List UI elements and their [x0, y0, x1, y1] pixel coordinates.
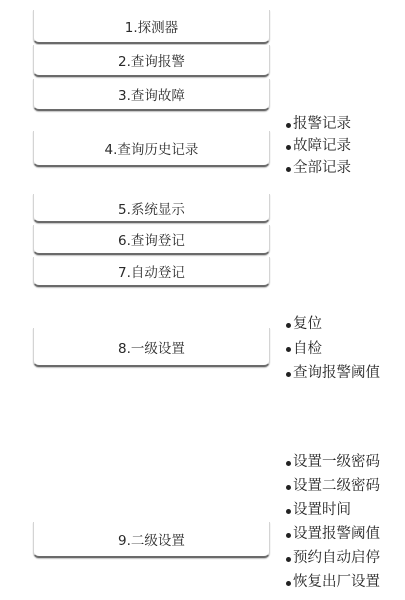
- bullet-icon: [286, 145, 291, 150]
- bullet-icon: [286, 461, 291, 466]
- menu-item-level2-settings[interactable]: 9.二级设置: [33, 522, 270, 558]
- bullet-icon: [286, 509, 291, 514]
- level2-submenu: 设置一级密码 设置二级密码 设置时间 设置报警阈值 预约自动启停 恢复出厂设置: [286, 450, 380, 594]
- submenu-item: 设置一级密码: [286, 450, 380, 474]
- bullet-icon: [286, 167, 291, 172]
- menu-item-query-registration[interactable]: 6.查询登记: [33, 225, 270, 255]
- menu-item-auto-registration[interactable]: 7.自动登记: [33, 257, 270, 287]
- submenu-item: 报警记录: [286, 113, 351, 135]
- menu-item-label: 2.查询报警: [118, 50, 185, 70]
- menu-item-detector[interactable]: 1.探测器: [33, 10, 270, 44]
- submenu-item: 故障记录: [286, 135, 351, 157]
- menu-item-label: 9.二级设置: [118, 529, 185, 549]
- submenu-item: 全部记录: [286, 157, 351, 179]
- bullet-icon: [286, 323, 291, 328]
- level1-submenu: 复位 自检 查询报警阈值: [286, 312, 380, 386]
- menu-item-label: 6.查询登记: [118, 229, 185, 249]
- bullet-icon: [286, 372, 291, 377]
- history-submenu: 报警记录 故障记录 全部记录: [286, 113, 351, 179]
- submenu-item: 恢复出厂设置: [286, 570, 380, 594]
- submenu-item: 设置时间: [286, 498, 380, 522]
- menu-item-label: 1.探测器: [125, 16, 178, 36]
- submenu-item: 设置报警阈值: [286, 522, 380, 546]
- submenu-item: 预约自动启停: [286, 546, 380, 570]
- submenu-item: 设置二级密码: [286, 474, 380, 498]
- bullet-icon: [286, 533, 291, 538]
- menu-item-label: 5.系统显示: [118, 198, 185, 218]
- bullet-icon: [286, 347, 291, 352]
- bullet-icon: [286, 123, 291, 128]
- bullet-icon: [286, 581, 291, 586]
- menu-item-query-history[interactable]: 4.查询历史记录: [33, 131, 270, 167]
- bullet-icon: [286, 557, 291, 562]
- submenu-item: 自检: [286, 337, 380, 362]
- menu-item-system-display[interactable]: 5.系统显示: [33, 194, 270, 223]
- menu-item-query-alarm[interactable]: 2.查询报警: [33, 45, 270, 77]
- menu-item-label: 3.查询故障: [118, 84, 185, 104]
- menu-item-level1-settings[interactable]: 8.一级设置: [33, 328, 270, 367]
- bullet-icon: [286, 485, 291, 490]
- submenu-item: 复位: [286, 312, 380, 337]
- menu-item-label: 7.自动登记: [118, 261, 185, 281]
- menu-item-label: 4.查询历史记录: [105, 138, 199, 158]
- menu-item-label: 8.一级设置: [118, 337, 185, 357]
- menu-item-query-fault[interactable]: 3.查询故障: [33, 79, 270, 111]
- submenu-item: 查询报警阈值: [286, 361, 380, 386]
